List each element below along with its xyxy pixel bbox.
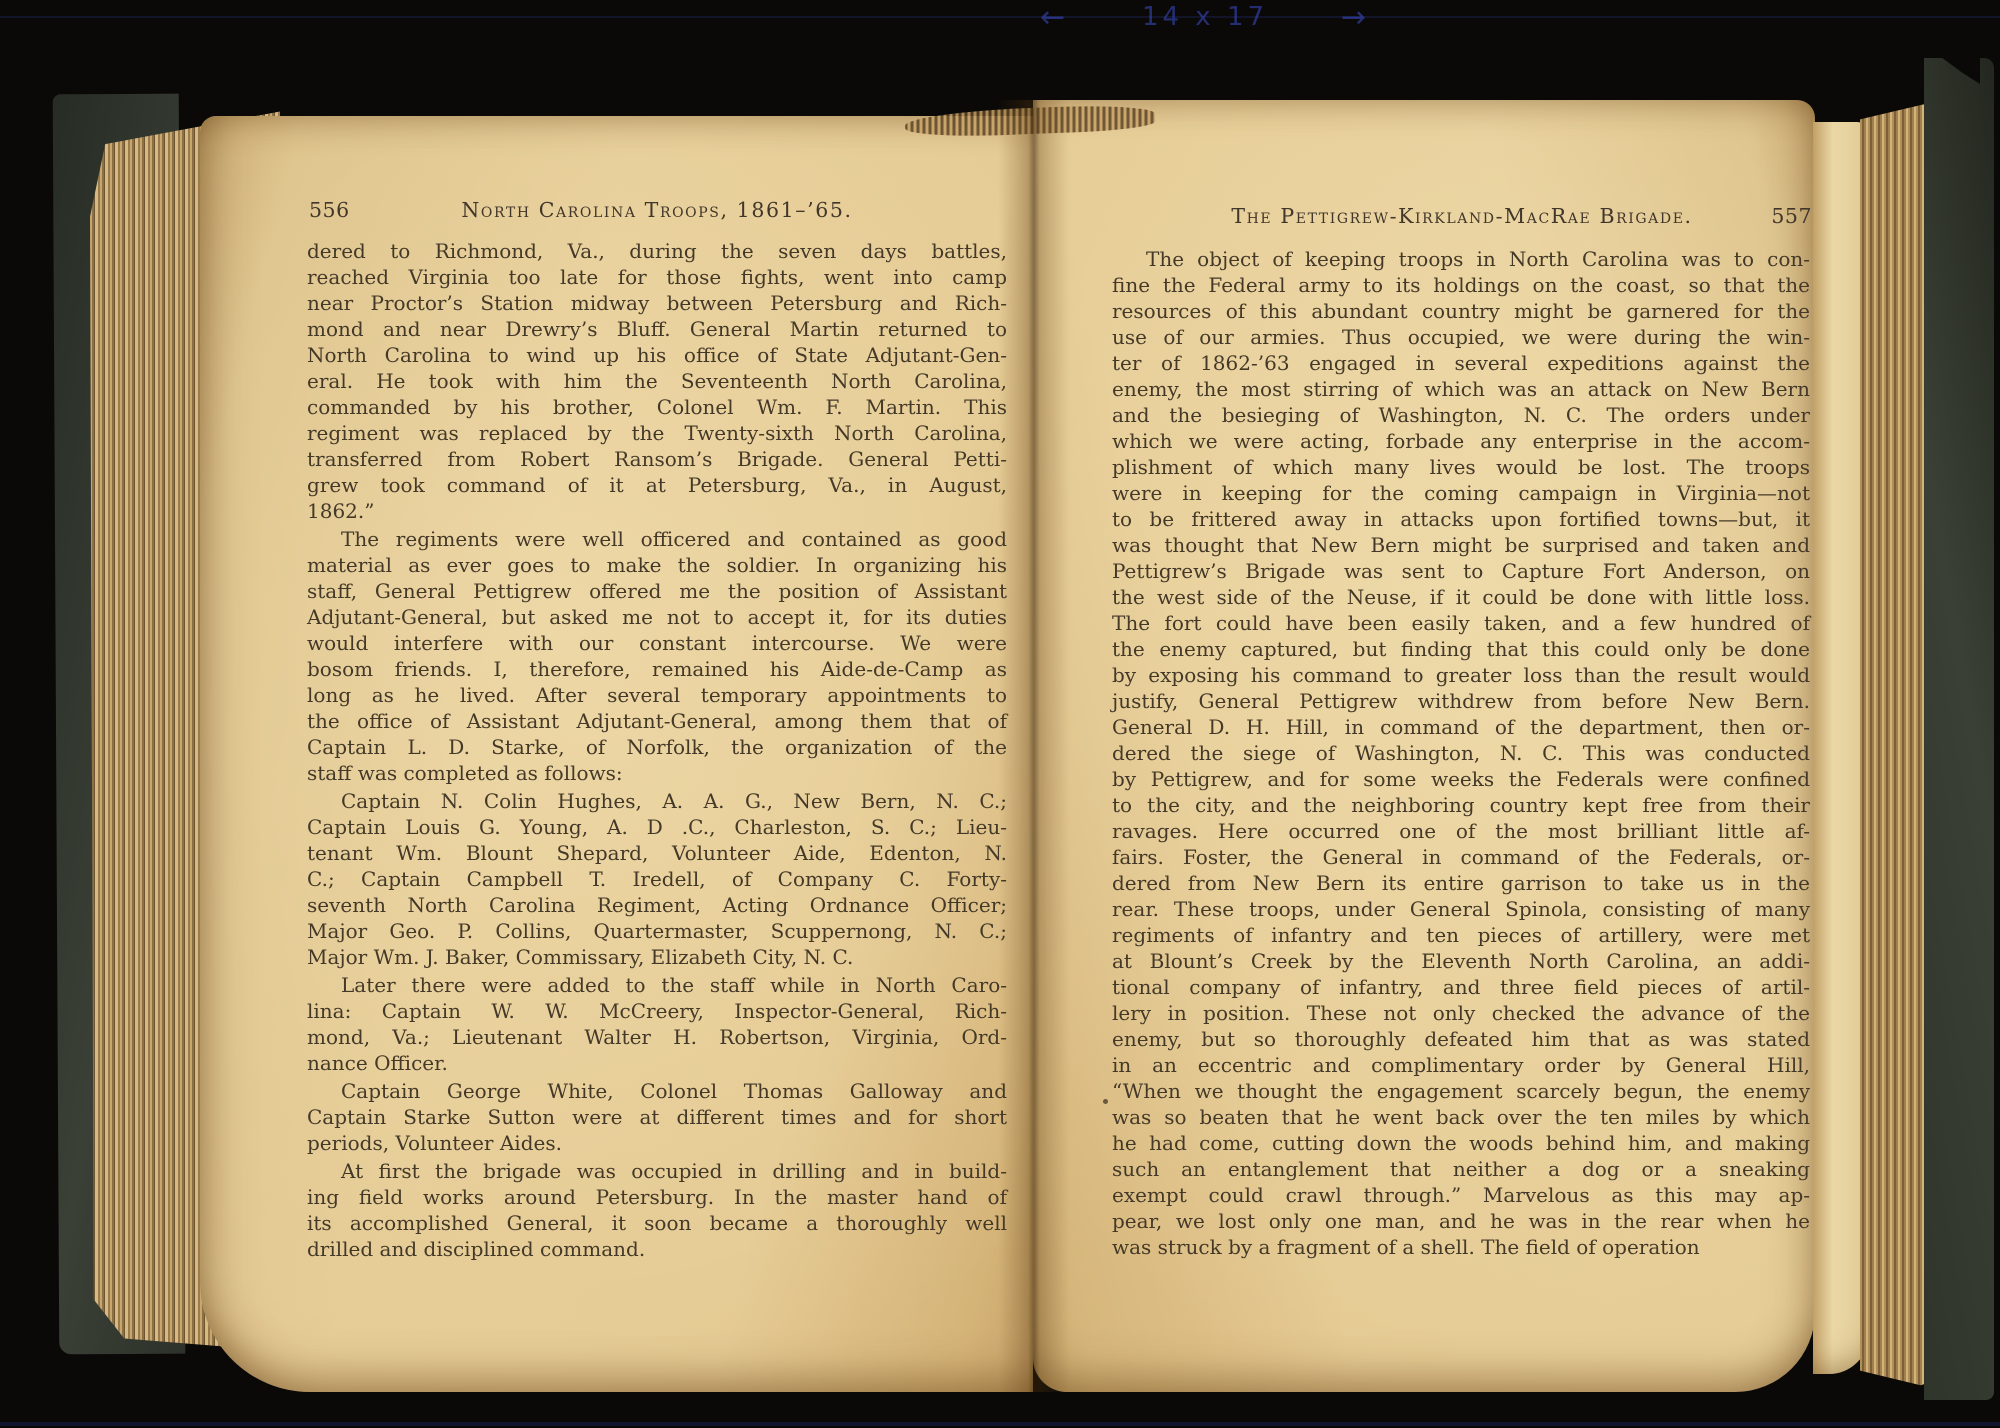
text-line: mond and near Drewry’s Bluff. General Ma… <box>307 316 1007 342</box>
right-page-number: 557 <box>1771 204 1812 228</box>
text-line: tional company of infantry, and three fi… <box>1112 974 1810 1000</box>
text-line: near Proctor’s Station midway between Pe… <box>307 290 1007 316</box>
text-line: dered the siege of Washington, N. C. Thi… <box>1112 740 1810 766</box>
size-label: 14 x 17 <box>1142 2 1268 32</box>
text-line: regiment was replaced by the Twenty-sixt… <box>307 420 1007 446</box>
text-line: would interfere with our constant interc… <box>307 630 1007 656</box>
paragraph: Captain N. Colin Hughes, A. A. G., New B… <box>307 788 1007 970</box>
text-line: eral. He took with him the Seventeenth N… <box>307 368 1007 394</box>
text-line: ter of 1862-’63 engaged in several exped… <box>1112 350 1810 376</box>
text-line: fairs. Foster, the General in command of… <box>1112 844 1810 870</box>
text-line: the enemy captured, but finding that thi… <box>1112 636 1810 662</box>
text-line: staff, General Pettigrew offered me the … <box>307 578 1007 604</box>
paragraph: Later there were added to the staff whil… <box>307 972 1007 1076</box>
text-line: was so beaten that he went back over the… <box>1112 1104 1810 1130</box>
text-line: Pettigrew’s Brigade was sent to Capture … <box>1112 558 1810 584</box>
text-line: exempt could crawl through.” Marvelous a… <box>1112 1182 1810 1208</box>
text-line: was thought that New Bern might be surpr… <box>1112 532 1810 558</box>
text-line: such an entanglement that neither a dog … <box>1112 1156 1810 1182</box>
text-line: he had come, cutting down the woods behi… <box>1112 1130 1810 1156</box>
text-line: grew took command of it at Petersburg, V… <box>307 472 1007 498</box>
text-line: rear. These troops, under General Spinol… <box>1112 896 1810 922</box>
text-line: Captain L. D. Starke, of Norfolk, the or… <box>307 734 1007 760</box>
ink-spot-artifact <box>1103 1099 1108 1104</box>
text-line: the office of Assistant Adjutant-General… <box>307 708 1007 734</box>
text-line: plishment of which many lives would be l… <box>1112 454 1810 480</box>
text-line: “When we thought the engagement scarcely… <box>1112 1078 1810 1104</box>
right-arrow-icon: → <box>1341 0 1370 35</box>
right-running-header: The Pettigrew-Kirkland-MacRae Brigade. 5… <box>1112 204 1812 234</box>
text-line: which we were acting, forbade any enterp… <box>1112 428 1810 454</box>
text-line: use of our armies. Thus occupied, we wer… <box>1112 324 1810 350</box>
text-line: pear, we lost only one man, and he was i… <box>1112 1208 1810 1234</box>
text-line: Captain Starke Sutton were at different … <box>307 1104 1007 1130</box>
text-line: dered to Richmond, Va., during the seven… <box>307 238 1007 264</box>
text-line: The regiments were well officered and co… <box>307 526 1007 552</box>
text-line: At first the brigade was occupied in dri… <box>307 1158 1007 1184</box>
text-line: regiments of infantry and ten pieces of … <box>1112 922 1810 948</box>
text-line: lina: Captain W. W. McCreery, Inspector-… <box>307 998 1007 1024</box>
text-line: Later there were added to the staff whil… <box>307 972 1007 998</box>
book-photograph: { "colors": { "backdrop": "#0b0907", "pa… <box>0 0 2000 1428</box>
left-header-title: North Carolina Troops, 1861–’65. <box>307 198 1007 222</box>
text-line: and the besieging of Washington, N. C. T… <box>1112 402 1810 428</box>
text-line: to be frittered away in attacks upon for… <box>1112 506 1810 532</box>
text-line: reached Virginia too late for those figh… <box>307 264 1007 290</box>
paragraph: dered to Richmond, Va., during the seven… <box>307 238 1007 524</box>
left-arrow-icon: ← <box>1040 0 1069 35</box>
text-line: Captain George White, Colonel Thomas Gal… <box>307 1078 1007 1104</box>
text-line: Adjutant-General, but asked me not to ac… <box>307 604 1007 630</box>
text-line: long as he lived. After several temporar… <box>307 682 1007 708</box>
left-running-header: 556 North Carolina Troops, 1861–’65. <box>307 198 1007 228</box>
text-line: tenant Wm. Blount Shepard, Volunteer Aid… <box>307 840 1007 866</box>
text-line: seventh North Carolina Regiment, Acting … <box>307 892 1007 918</box>
left-page-text-column: dered to Richmond, Va., during the seven… <box>307 238 1007 1262</box>
left-page-number: 556 <box>309 198 350 222</box>
text-line: at Blount’s Creek by the Eleventh North … <box>1112 948 1810 974</box>
backdrop-blue-line-bottom <box>0 1422 2000 1426</box>
text-line: its accomplished General, it soon became… <box>307 1210 1007 1236</box>
text-line: North Carolina to wind up his office of … <box>307 342 1007 368</box>
text-line: lery in position. These not only checked… <box>1112 1000 1810 1026</box>
text-line: resources of this abundant country might… <box>1112 298 1810 324</box>
text-line: the west side of the Neuse, if it could … <box>1112 584 1810 610</box>
text-line: Major Geo. P. Collins, Quartermaster, Sc… <box>307 918 1007 944</box>
paragraph: At first the brigade was occupied in dri… <box>307 1158 1007 1262</box>
text-line: C.; Captain Campbell T. Iredell, of Comp… <box>307 866 1007 892</box>
text-line: Captain Louis G. Young, A. D .C., Charle… <box>307 814 1007 840</box>
page-stack-fore-edge-right <box>1860 104 1934 1386</box>
paragraph: Captain George White, Colonel Thomas Gal… <box>307 1078 1007 1156</box>
right-header-title: The Pettigrew-Kirkland-MacRae Brigade. <box>1112 204 1812 228</box>
backdrop-blue-line-top <box>0 16 2000 18</box>
text-line: Captain N. Colin Hughes, A. A. G., New B… <box>307 788 1007 814</box>
book-cover-right-edge <box>1924 58 1994 1400</box>
text-line: mond, Va.; Lieutenant Walter H. Robertso… <box>307 1024 1007 1050</box>
paragraph: The object of keeping troops in North Ca… <box>1112 246 1810 1260</box>
text-line: by exposing his command to greater loss … <box>1112 662 1810 688</box>
text-line: The fort could have been easily taken, a… <box>1112 610 1810 636</box>
text-line: transferred from Robert Ransom’s Brigade… <box>307 446 1007 472</box>
text-line: to the city, and the neighboring country… <box>1112 792 1810 818</box>
text-line: General D. H. Hill, in command of the de… <box>1112 714 1810 740</box>
text-line: The object of keeping troops in North Ca… <box>1112 246 1810 272</box>
text-line: ravages. Here occurred one of the most b… <box>1112 818 1810 844</box>
text-line: dered from New Bern its entire garrison … <box>1112 870 1810 896</box>
text-line: by Pettigrew, and for some weeks the Fed… <box>1112 766 1810 792</box>
copy-stand-size-marking: ← 14 x 17 → <box>1040 0 1370 34</box>
text-line: bosom friends. I, therefore, remained hi… <box>307 656 1007 682</box>
text-line: material as ever goes to make the soldie… <box>307 552 1007 578</box>
paragraph: The regiments were well officered and co… <box>307 526 1007 786</box>
text-line: enemy, the most stirring of which was an… <box>1112 376 1810 402</box>
text-line: ing field works around Petersburg. In th… <box>307 1184 1007 1210</box>
text-line: commanded by his brother, Colonel Wm. F.… <box>307 394 1007 420</box>
text-line: in an eccentric and complimentary order … <box>1112 1052 1810 1078</box>
right-page-text-column: The object of keeping troops in North Ca… <box>1112 246 1810 1260</box>
text-line: were in keeping for the coming campaign … <box>1112 480 1810 506</box>
text-line: enemy, but so thoroughly defeated him th… <box>1112 1026 1810 1052</box>
text-line: fine the Federal army to its holdings on… <box>1112 272 1810 298</box>
text-line: justify, General Pettigrew withdrew from… <box>1112 688 1810 714</box>
